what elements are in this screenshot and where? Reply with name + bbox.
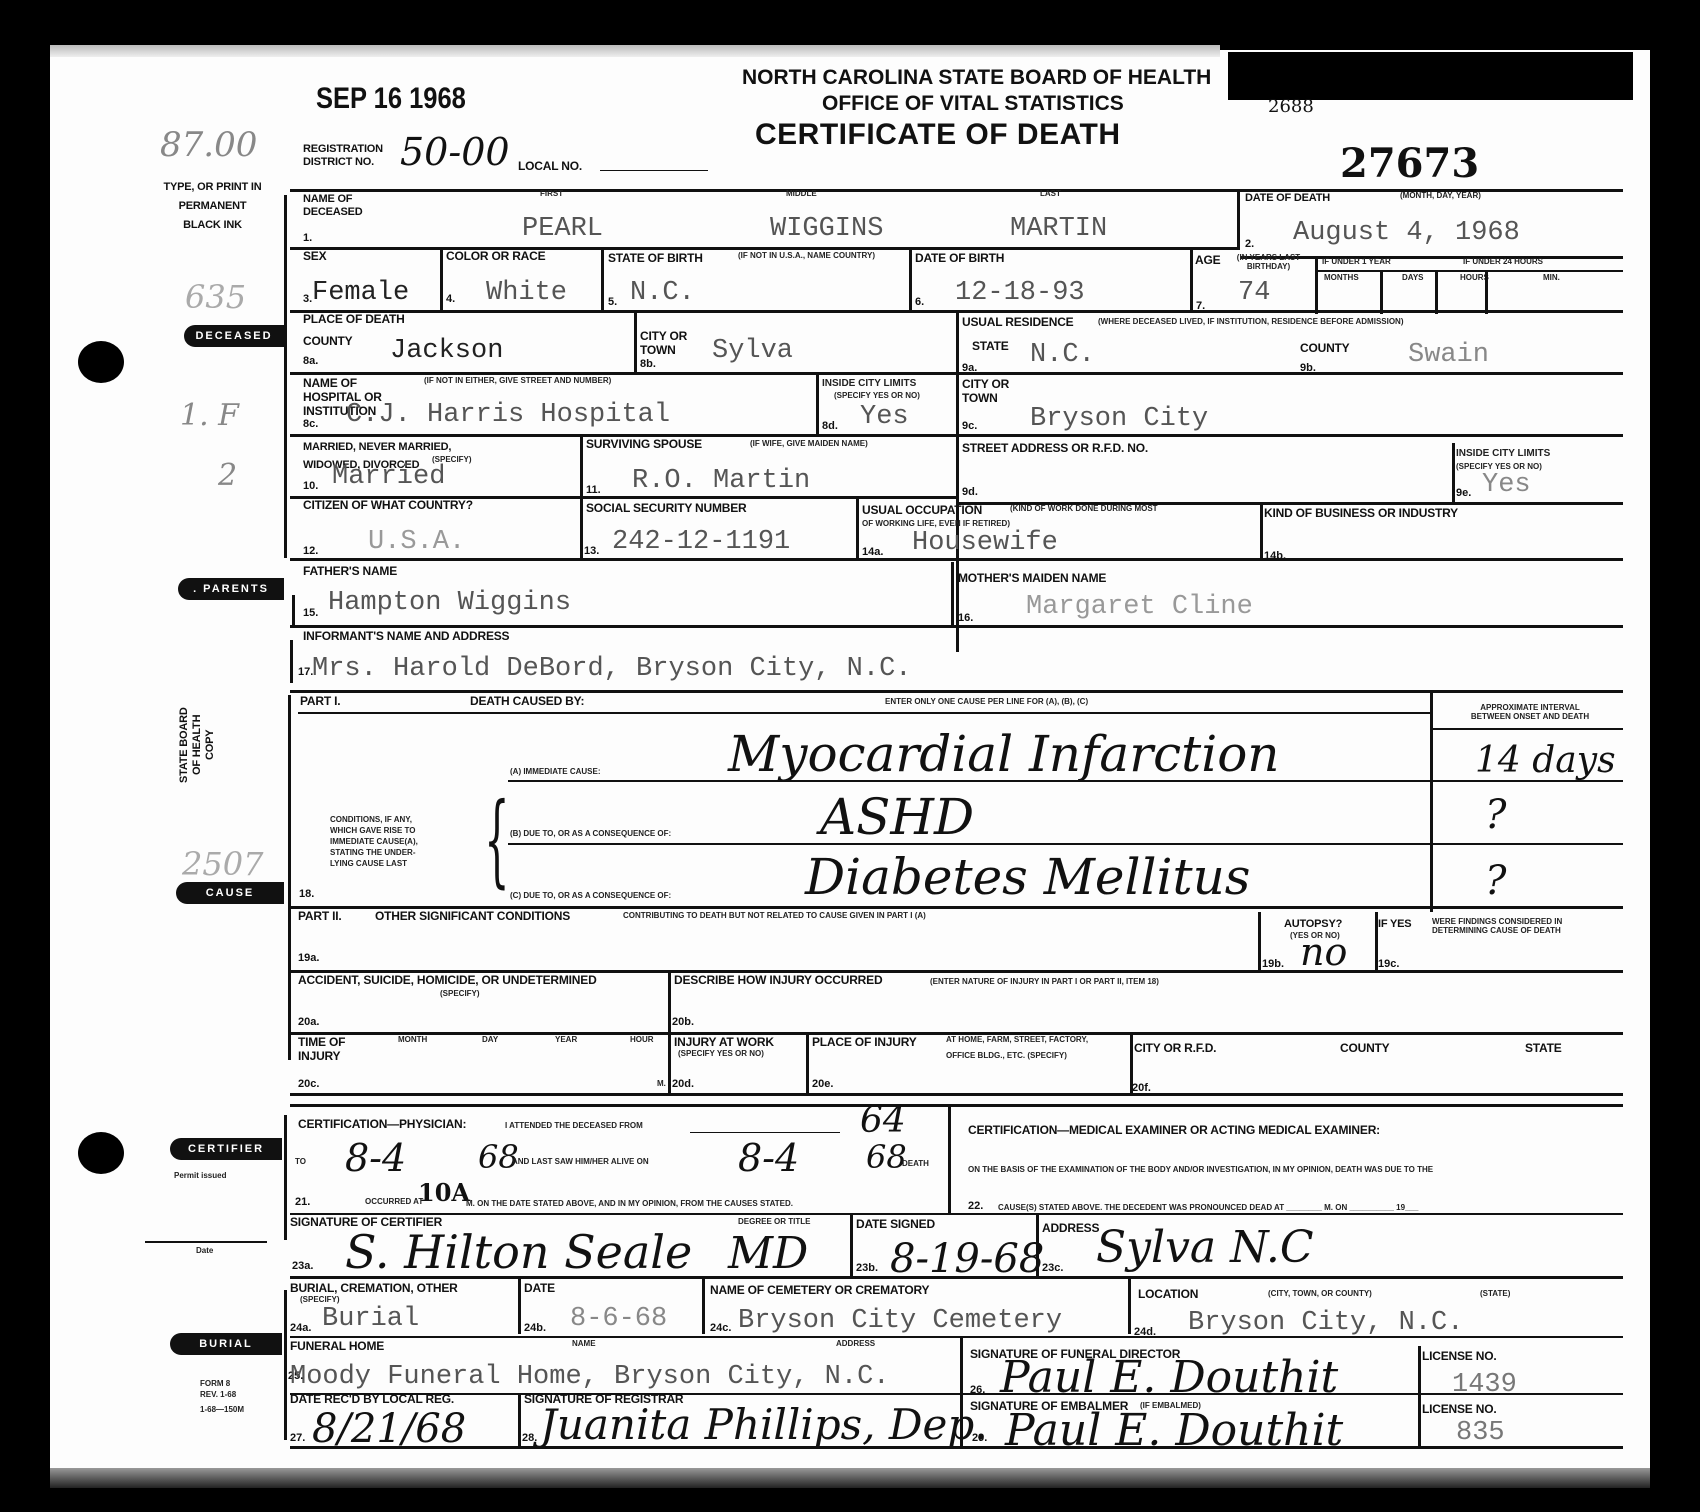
funeral-home-value: Moody Funeral Home, Bryson City, N.C.: [290, 1362, 890, 1392]
hospital-value: C.J. Harris Hospital: [346, 400, 670, 430]
frame-left: [288, 695, 291, 1060]
age-value: 74: [1238, 278, 1270, 308]
cemetery-label: NAME OF CEMETERY OR CREMATORY: [710, 1284, 929, 1298]
date-of-death-value: August 4, 1968: [1293, 218, 1520, 248]
item-number: 20b.: [672, 1016, 694, 1028]
cemetery-value: Bryson City Cemetery: [738, 1306, 1062, 1336]
rule: [290, 1104, 1623, 1107]
permit-date-line: [145, 1241, 267, 1243]
autopsy-value: no: [1300, 930, 1347, 974]
spouse-value: R.O. Martin: [632, 466, 810, 496]
rule: [951, 562, 954, 626]
injury-how-hint: (ENTER NATURE OF INJURY IN PART I OR PAR…: [930, 978, 1159, 987]
other-conditions-label: OTHER SIGNIFICANT CONDITIONS: [375, 910, 570, 924]
rule: [948, 1104, 951, 1214]
dob-value: 12-18-93: [955, 278, 1085, 308]
item-number: 8d.: [822, 420, 838, 432]
citizen-value: U.S.A.: [368, 527, 465, 557]
part1-label: PART I.: [300, 695, 340, 709]
attended-from-label: I ATTENDED THE DECEASED FROM: [505, 1122, 643, 1131]
item-number: 27.: [290, 1432, 305, 1444]
date-signed-label: DATE SIGNED: [856, 1218, 935, 1232]
at-work-label: INJURY AT WORK: [674, 1036, 774, 1050]
death-county-value: Jackson: [390, 336, 503, 366]
item-number: 19a.: [298, 952, 319, 964]
part2-label: PART II.: [298, 910, 342, 924]
certificate-number: 27673: [1340, 140, 1479, 187]
last-saw-label: AND LAST SAW HIM/HER ALIVE ON: [512, 1158, 649, 1167]
rule: [290, 247, 1240, 250]
residence-label: USUAL RESIDENCE: [962, 316, 1073, 330]
date-of-death-hint: (MONTH, DAY, YEAR): [1400, 192, 1481, 201]
received-stamp: SEP 16 1968: [316, 82, 466, 116]
rule: [290, 434, 1623, 437]
rule: [1430, 692, 1433, 912]
injury-how-label: DESCRIBE HOW INJURY OCCURRED: [674, 974, 882, 988]
occupation-value: Housewife: [912, 528, 1058, 558]
middle-name-value: WIGGINS: [770, 214, 883, 244]
interval-label: APPROXIMATE INTERVALBETWEEN ONSET AND DE…: [1440, 704, 1620, 722]
registration-label: REGISTRATIONDISTRICT NO.: [303, 143, 383, 168]
rule: [1430, 728, 1623, 730]
informant-value: Mrs. Harold DeBord, Bryson City, N.C.: [312, 654, 912, 684]
caused-by-label: DEATH CAUSED BY:: [470, 695, 584, 709]
frame-left: [290, 640, 293, 683]
director-signature: Paul E. Douthit: [1000, 1352, 1338, 1403]
if-yes-hint: WERE FINDINGS CONSIDERED INDETERMINING C…: [1432, 918, 1562, 936]
local-no-line: [600, 170, 708, 171]
year-hint: YEAR: [555, 1036, 577, 1045]
cause-a-value: Myocardial Infarction: [728, 725, 1280, 783]
due-to-c-label: (c) DUE TO, OR AS A CONSEQUENCE OF:: [510, 892, 671, 901]
burial-date-value: 8-6-68: [570, 1304, 667, 1334]
rule: [1260, 502, 1263, 560]
res-county-value: Swain: [1408, 340, 1489, 370]
certifier-address-label: ADDRESS: [1042, 1222, 1099, 1236]
to-label: TO: [295, 1158, 306, 1167]
medical-examiner-text2: CAUSE(S) STATED ABOVE. THE DECEDENT WAS …: [998, 1204, 1418, 1213]
pencil-note-top: 87.00: [160, 125, 257, 165]
informant-label: INFORMANT'S NAME AND ADDRESS: [303, 630, 509, 644]
item-number: 4.: [446, 293, 455, 305]
state-of-birth-hint: (IF NOT IN U.S.A., NAME COUNTRY): [730, 252, 875, 261]
res-inside-value: Yes: [1482, 470, 1531, 500]
embalmer-license-label: LICENSE NO.: [1422, 1403, 1496, 1417]
last-name-value: MARTIN: [1010, 214, 1107, 244]
death-word: DEATH: [902, 1160, 929, 1169]
last-saw-date: 8-4: [738, 1136, 799, 1180]
cause-b-value: ASHD: [820, 788, 974, 846]
res-inside-label: INSIDE CITY LIMITS: [1456, 448, 1550, 459]
rule: [1315, 256, 1318, 314]
form-info: FORM 8REV. 1-681-68—150M: [200, 1378, 244, 1415]
director-license-value: 1439: [1452, 1370, 1517, 1400]
paper-bottom-edge: [50, 1468, 1650, 1488]
sex-label: SEX: [303, 250, 326, 264]
item-number: 28.: [522, 1432, 537, 1444]
rule: [290, 1393, 1623, 1395]
rule: [290, 1093, 1623, 1096]
agency-line-1: NORTH CAROLINA STATE BOARD OF HEALTH: [742, 66, 1211, 90]
place-injury-hint: AT HOME, FARM, STREET, FACTORY,: [946, 1036, 1088, 1045]
accident-label: ACCIDENT, SUICIDE, HOMICIDE, OR UNDETERM…: [298, 974, 597, 988]
age-hint: (IN YEARS LAST BIRTHDAY): [1226, 254, 1311, 272]
item-number: 20e.: [812, 1078, 833, 1090]
race-value: White: [486, 278, 567, 308]
certifier-address: Sylva N.C: [1096, 1222, 1314, 1273]
rule: [1237, 189, 1240, 249]
sex-value: Female: [312, 278, 409, 308]
mother-value: Margaret Cline: [1026, 592, 1253, 622]
residence-hint: (WHERE DECEASED LIVED, IF INSTITUTION, R…: [1098, 318, 1404, 327]
item-number: 8b.: [640, 358, 656, 370]
under-1-year-label: IF UNDER 1 YEAR: [1322, 258, 1391, 267]
middle-hint: MIDDLE: [786, 190, 817, 199]
rule: [290, 1213, 1623, 1215]
item-number: 23b.: [856, 1262, 878, 1274]
item-number: 17.: [298, 666, 313, 678]
section-tab-burial: BURIAL: [170, 1333, 282, 1355]
burial-date-label: DATE: [524, 1282, 555, 1296]
father-value: Hampton Wiggins: [328, 588, 571, 618]
burial-method-value: Burial: [322, 1304, 419, 1334]
location-state-hint: (STATE): [1480, 1290, 1510, 1299]
month-hint: MONTH: [398, 1036, 427, 1045]
small-number: 2688: [1268, 96, 1314, 117]
rule: [1485, 270, 1488, 314]
item-number: 2.: [1245, 238, 1254, 250]
autopsy-label: AUTOPSY?: [1284, 918, 1342, 931]
attended-to-date: 8-4: [345, 1136, 406, 1180]
item-number: 23a.: [292, 1260, 313, 1272]
medical-examiner-text: ON THE BASIS OF THE EXAMINATION OF THE B…: [968, 1166, 1433, 1175]
spouse-label: SURVIVING SPOUSE: [586, 438, 702, 452]
registration-district-value: 50-00: [400, 130, 510, 174]
item-number: 8c.: [303, 418, 318, 430]
immediate-cause-label: (a) IMMEDIATE CAUSE:: [510, 768, 601, 777]
item-number: 9d.: [962, 486, 978, 498]
pencil-note-2507: 2507: [182, 845, 263, 883]
certifier-signature: S. Hilton Seale: [345, 1225, 692, 1279]
scan-border: [1650, 0, 1700, 1512]
brace: {: [484, 790, 509, 890]
item-number: 21.: [295, 1196, 310, 1208]
days-label: DAYS: [1402, 274, 1424, 283]
rule: [806, 1034, 809, 1094]
race-label: COLOR OR RACE: [446, 250, 545, 264]
place-injury-label: PLACE OF INJURY: [812, 1036, 917, 1050]
item-number: 24c.: [710, 1322, 731, 1334]
item-number: 9c.: [962, 420, 977, 432]
item-number: 13.: [584, 545, 599, 557]
rule: [290, 690, 1623, 693]
father-label: FATHER'S NAME: [303, 565, 397, 579]
rule: [290, 1446, 1623, 1449]
rule: [1418, 1346, 1421, 1446]
section-tab-cause: CAUSE: [176, 882, 284, 904]
rule: [290, 1276, 1623, 1279]
rule: [440, 249, 443, 311]
item-number: 14a.: [862, 546, 883, 558]
date-of-death-label: DATE OF DEATH: [1245, 192, 1330, 205]
cause-b-interval: ?: [1485, 792, 1506, 838]
page-title: CERTIFICATE OF DEATH: [755, 118, 1121, 152]
hospital-hint: (IF NOT IN EITHER, GIVE STREET AND NUMBE…: [424, 377, 611, 386]
section-tab-certifier: CERTIFIER: [170, 1138, 282, 1160]
item-number: 19b.: [1262, 958, 1284, 970]
item-number: 5.: [608, 296, 617, 308]
degree-label: DEGREE OR TITLE: [738, 1218, 810, 1227]
funeral-home-label: FUNERAL HOME: [290, 1340, 384, 1354]
item-number: 24a.: [290, 1322, 311, 1334]
funeral-address-hint: ADDRESS: [836, 1340, 875, 1349]
business-label: KIND OF BUSINESS OR INDUSTRY: [1264, 507, 1458, 521]
location-value: Bryson City, N.C.: [1188, 1308, 1463, 1338]
first-name-value: PEARL: [522, 214, 603, 244]
hour-hint: HOUR: [630, 1036, 654, 1045]
m-hint: M.: [657, 1080, 666, 1089]
rule: [690, 1132, 840, 1133]
rule: [290, 625, 1623, 628]
item-number: 8a.: [303, 355, 318, 367]
section-tab-parents: . PARENTS: [178, 578, 284, 600]
rule: [601, 249, 604, 311]
rule: [298, 712, 1431, 714]
agency-line-2: OFFICE OF VITAL STATISTICS: [822, 92, 1124, 116]
item-number: 18.: [299, 888, 314, 900]
day-hint: DAY: [482, 1036, 498, 1045]
rule: [290, 1336, 1623, 1338]
due-to-b-label: (b) DUE TO, OR AS A CONSEQUENCE OF:: [510, 830, 671, 839]
rule: [856, 498, 859, 558]
rule: [1435, 270, 1438, 314]
place-of-death-label: PLACE OF DEATH: [303, 313, 405, 327]
rule: [1128, 1278, 1131, 1334]
cause-c-value: Diabetes Mellitus: [805, 848, 1250, 906]
physician-cert-label: CERTIFICATION—PHYSICIAN:: [298, 1118, 466, 1132]
one-cause-hint: ENTER ONLY ONE CAUSE PER LINE FOR (a), (…: [885, 698, 1088, 707]
permit-date-label: Date: [196, 1247, 213, 1256]
frame-left: [292, 595, 295, 625]
res-state-value: N.C.: [1030, 340, 1095, 370]
state-of-birth-value: N.C.: [630, 278, 695, 308]
frame-left: [284, 1115, 287, 1240]
occupation-hint: (KIND OF WORK DONE DURING MOST: [1010, 505, 1158, 514]
conditions-note: CONDITIONS, IF ANY,WHICH GAVE RISE TOIMM…: [330, 814, 418, 869]
time-of-death-value: 10A: [418, 1178, 470, 1207]
date-received-label: DATE REC'D BY LOCAL REG.: [290, 1393, 454, 1407]
ink-instruction: TYPE, OR PRINT INPERMANENTBLACK INK: [150, 178, 275, 235]
rule: [290, 372, 1623, 375]
burial-method-label: BURIAL, CREMATION, OTHER: [290, 1282, 458, 1296]
item-number: 16.: [958, 612, 973, 624]
funeral-name-hint: NAME: [572, 1340, 596, 1349]
item-number: 19c.: [1378, 958, 1399, 970]
if-yes-label: IF YES: [1378, 918, 1411, 931]
rule: [1380, 270, 1383, 314]
item-number: 9e.: [1456, 487, 1471, 499]
frame-left: [284, 1290, 287, 1440]
res-county-label: COUNTY: [1300, 342, 1349, 356]
city-rfd-label: CITY OR R.F.D.: [1134, 1042, 1216, 1056]
death-city-value: Sylva: [712, 336, 793, 366]
occupation-label: USUAL OCCUPATION: [862, 504, 982, 518]
item-number: 23c.: [1042, 1262, 1063, 1274]
res-city-value: Bryson City: [1030, 404, 1208, 434]
rule: [518, 1393, 521, 1446]
place-injury-hint: OFFICE BLDG., ETC. (SPECIFY): [946, 1052, 1067, 1061]
county-label: COUNTY: [303, 335, 352, 349]
inside-city-hint: (SPECIFY YES OR NO): [834, 392, 920, 401]
cause-c-interval: ?: [1485, 858, 1506, 904]
location-label: LOCATION: [1138, 1288, 1198, 1302]
at-work-hint: (SPECIFY YES OR NO): [678, 1050, 764, 1059]
rule: [508, 843, 1623, 845]
accident-hint: (SPECIFY): [440, 990, 480, 999]
medical-examiner-label: CERTIFICATION—MEDICAL EXAMINER OR ACTING…: [968, 1124, 1380, 1138]
item-number: 15.: [303, 607, 318, 619]
age-label: AGE: [1195, 254, 1220, 268]
first-hint: FIRST: [540, 190, 563, 199]
registrar-signature: Juanita Phillips, Dep.: [540, 1400, 988, 1449]
paper-top-edge: [50, 45, 1220, 57]
item-number: 11.: [586, 484, 601, 496]
injury-state-label: STATE: [1525, 1042, 1562, 1056]
local-no-label: LOCAL NO.: [518, 160, 582, 174]
ssn-value: 242-12-1191: [612, 527, 790, 557]
pencil-note-635: 635: [185, 278, 246, 316]
item-number: 12.: [303, 545, 318, 557]
item-number: 20d.: [672, 1078, 694, 1090]
pencil-note-2: 2: [218, 458, 237, 493]
inside-city-value: Yes: [860, 402, 909, 432]
rule: [634, 312, 637, 372]
director-license-label: LICENSE NO.: [1422, 1350, 1496, 1364]
item-number: 24b.: [524, 1322, 546, 1334]
rule: [850, 1213, 853, 1277]
injury-county-label: COUNTY: [1340, 1042, 1389, 1056]
citizen-label: CITIZEN OF WHAT COUNTRY?: [303, 499, 473, 513]
rule: [1315, 270, 1623, 272]
item-number: 29.: [972, 1432, 987, 1444]
item-number: 20c.: [298, 1078, 319, 1090]
rule: [909, 249, 912, 311]
last-saw-year: 68: [866, 1138, 907, 1176]
location-hint: (CITY, TOWN, OR COUNTY): [1268, 1290, 1372, 1299]
permit-issued-label: Permit issued: [174, 1172, 226, 1181]
attended-from-year: 64: [860, 1100, 906, 1141]
spouse-hint: (IF WIFE, GIVE MAIDEN NAME): [750, 440, 868, 449]
pencil-note-1f: 1. F: [180, 398, 239, 433]
ssn-label: SOCIAL SECURITY NUMBER: [586, 502, 747, 516]
certifier-degree: MD: [728, 1228, 808, 1279]
item-number: 6.: [915, 296, 924, 308]
time-injury-label: TIME OFINJURY: [298, 1036, 345, 1064]
item-number: 22.: [968, 1200, 983, 1212]
occurred-rest-label: M. ON THE DATE STATED ABOVE, AND IN MY O…: [466, 1200, 793, 1209]
rule: [702, 1278, 705, 1334]
min-label: MIN.: [1543, 274, 1560, 283]
last-hint: LAST: [1040, 190, 1061, 199]
other-conditions-hint: CONTRIBUTING TO DEATH BUT NOT RELATED TO…: [623, 912, 926, 921]
rule: [580, 498, 583, 558]
rule: [1190, 249, 1193, 311]
redaction-bar: [1228, 52, 1633, 100]
marital-value: Married: [332, 462, 445, 492]
under-24-hours-label: IF UNDER 24 HOURS: [1463, 258, 1543, 267]
cause-a-interval: 14 days: [1475, 740, 1616, 781]
name-label: NAME OFDECEASED: [303, 193, 363, 218]
rule: [580, 436, 583, 496]
res-city-label: CITY ORTOWN: [962, 378, 1009, 406]
occurred-at-label: OCCURRED AT: [365, 1198, 423, 1207]
punch-hole: [78, 341, 124, 383]
section-tab-deceased: DECEASED: [184, 325, 284, 347]
city-label: CITY ORTOWN: [640, 330, 687, 358]
rule: [816, 374, 819, 436]
rule: [1258, 912, 1261, 972]
rule: [518, 1278, 521, 1334]
rule: [290, 558, 1623, 561]
embalmer-license-value: 835: [1456, 1418, 1505, 1448]
frame-left: [284, 195, 287, 558]
item-number: 10.: [303, 480, 318, 492]
rule: [1452, 443, 1455, 503]
punch-hole: [78, 1132, 124, 1174]
inside-city-label: INSIDE CITY LIMITS: [822, 378, 916, 389]
state-of-birth-label: STATE OF BIRTH: [608, 252, 703, 266]
mother-label: MOTHER'S MAIDEN NAME: [958, 572, 1106, 586]
rule: [1036, 1213, 1039, 1277]
item-number: 20a.: [298, 1016, 319, 1028]
rule: [956, 312, 959, 652]
months-label: MONTHS: [1324, 274, 1359, 283]
dob-label: DATE OF BIRTH: [915, 252, 1004, 266]
item-number: 1.: [303, 232, 312, 244]
street-label: STREET ADDRESS OR R.F.D. No.: [962, 442, 1148, 456]
item-number: 3.: [303, 293, 312, 305]
copy-label: STATE BOARDOF HEALTHCOPY: [178, 695, 217, 795]
res-state-label: STATE: [972, 340, 1009, 354]
